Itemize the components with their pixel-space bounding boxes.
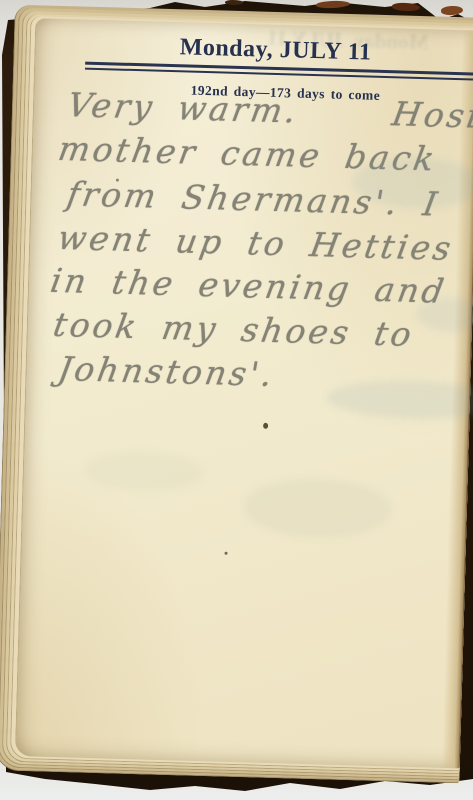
handwriting-line: Very warm. Hosie's — [65, 85, 473, 137]
handwriting-line: in the evening and — [48, 261, 450, 311]
diary-page: Monday, JULY 11 Monday, JULY 11 192nd da… — [15, 18, 473, 768]
handwriting-line: went up to Hetties — [55, 218, 457, 268]
handwriting-line: Johnstons'. — [55, 349, 278, 394]
handwriting-line: took my shoes to — [51, 305, 417, 354]
cover-debris — [441, 5, 464, 16]
page-stack: Monday, JULY 11 Monday, JULY 11 192nd da… — [0, 5, 473, 784]
paper-speck — [116, 179, 119, 182]
paper-speck — [225, 552, 228, 555]
cover-debris — [225, 0, 243, 5]
scanned-diary-photo: Monday, JULY 11 Monday, JULY 11 192nd da… — [0, 0, 473, 800]
